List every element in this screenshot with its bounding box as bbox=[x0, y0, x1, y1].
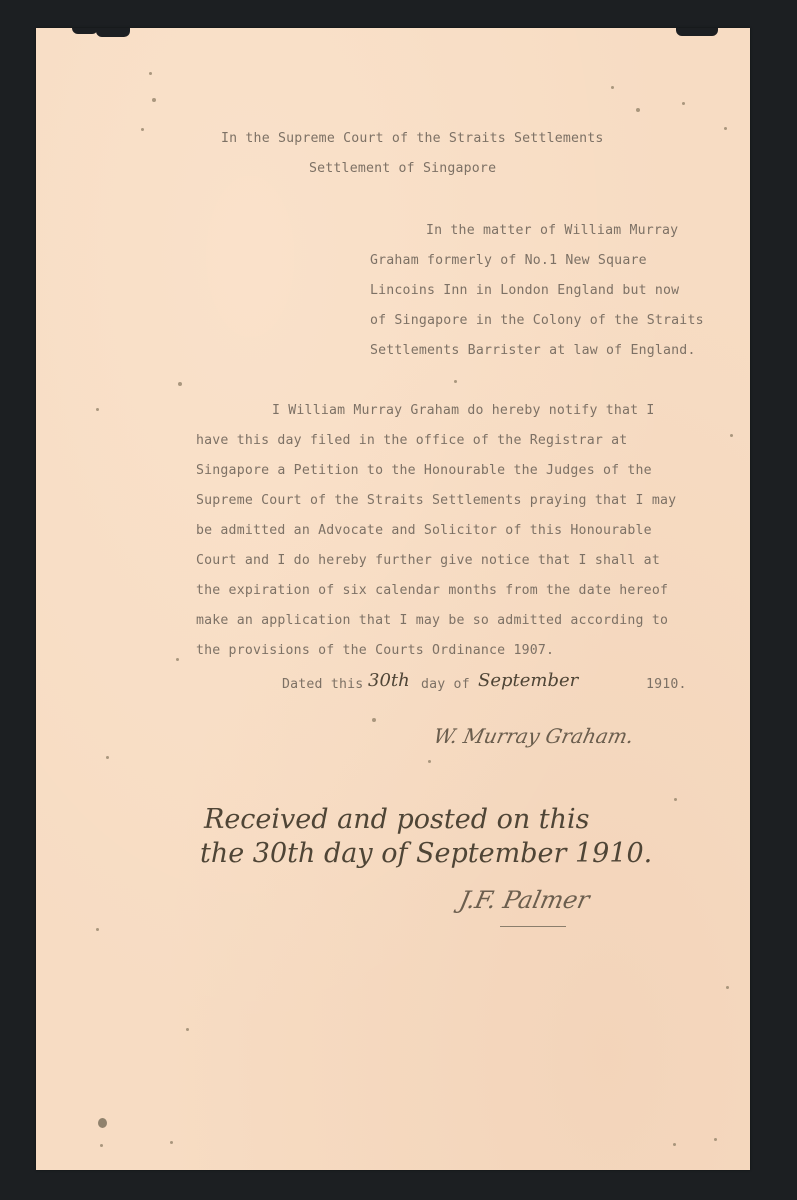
settlement-heading: Settlement of Singapore bbox=[309, 162, 496, 175]
endorsement-line-2: the 30th day of September 1910. bbox=[200, 840, 652, 867]
paper-speck bbox=[149, 72, 152, 75]
paper-speck bbox=[730, 434, 733, 437]
paper-speck bbox=[428, 760, 431, 763]
notice-line: Singapore a Petition to the Honourable t… bbox=[196, 464, 652, 477]
paper-speck bbox=[152, 98, 156, 102]
notice-line: Supreme Court of the Straits Settlements… bbox=[196, 494, 676, 507]
paper-speck bbox=[98, 1118, 107, 1128]
document-page: In the Supreme Court of the Straits Sett… bbox=[36, 28, 750, 1170]
paper-speck bbox=[454, 380, 457, 383]
paper-speck bbox=[673, 1143, 676, 1146]
paper-speck bbox=[96, 408, 99, 411]
paper-speck bbox=[636, 108, 640, 112]
torn-edge bbox=[96, 28, 130, 37]
paper-speck bbox=[141, 128, 144, 131]
paper-speck bbox=[186, 1028, 189, 1031]
matter-line: In the matter of William Murray bbox=[426, 224, 678, 237]
registrar-signature: J.F. Palmer bbox=[457, 888, 591, 912]
signature-underline bbox=[500, 926, 566, 927]
notice-line: be admitted an Advocate and Solicitor of… bbox=[196, 524, 652, 537]
matter-line: Graham formerly of No.1 New Square bbox=[370, 254, 647, 267]
paper-speck bbox=[726, 986, 729, 989]
court-heading: In the Supreme Court of the Straits Sett… bbox=[221, 132, 604, 145]
paper-speck bbox=[178, 382, 182, 386]
matter-line: Settlements Barrister at law of England. bbox=[370, 344, 696, 357]
notice-line: the expiration of six calendar months fr… bbox=[196, 584, 668, 597]
notice-line: make an application that I may be so adm… bbox=[196, 614, 668, 627]
dated-month: September bbox=[478, 672, 578, 690]
notice-line: Court and I do hereby further give notic… bbox=[196, 554, 660, 567]
paper-speck bbox=[674, 798, 677, 801]
paper-speck bbox=[96, 928, 99, 931]
dated-year: 1910. bbox=[646, 678, 687, 691]
notice-line: have this day filed in the office of the… bbox=[196, 434, 627, 447]
endorsement-line-1: Received and posted on this bbox=[204, 806, 590, 833]
dated-middle: day of bbox=[421, 678, 470, 691]
paper-speck bbox=[611, 86, 614, 89]
paper-speck bbox=[106, 756, 109, 759]
dated-day: 30th bbox=[368, 672, 410, 690]
matter-line: of Singapore in the Colony of the Strait… bbox=[370, 314, 704, 327]
torn-edge bbox=[676, 28, 718, 36]
torn-edge bbox=[72, 28, 98, 34]
paper-speck bbox=[372, 718, 376, 722]
notice-line: I William Murray Graham do hereby notify… bbox=[272, 404, 655, 417]
petitioner-signature: W. Murray Graham. bbox=[432, 726, 636, 746]
dated-prefix: Dated this bbox=[282, 678, 363, 691]
paper-speck bbox=[170, 1141, 173, 1144]
notice-line: the provisions of the Courts Ordinance 1… bbox=[196, 644, 554, 657]
paper-speck bbox=[100, 1144, 103, 1147]
paper-speck bbox=[176, 658, 179, 661]
matter-line: Lincoins Inn in London England but now bbox=[370, 284, 679, 297]
paper-speck bbox=[682, 102, 685, 105]
paper-speck bbox=[714, 1138, 717, 1141]
paper-speck bbox=[724, 127, 727, 130]
